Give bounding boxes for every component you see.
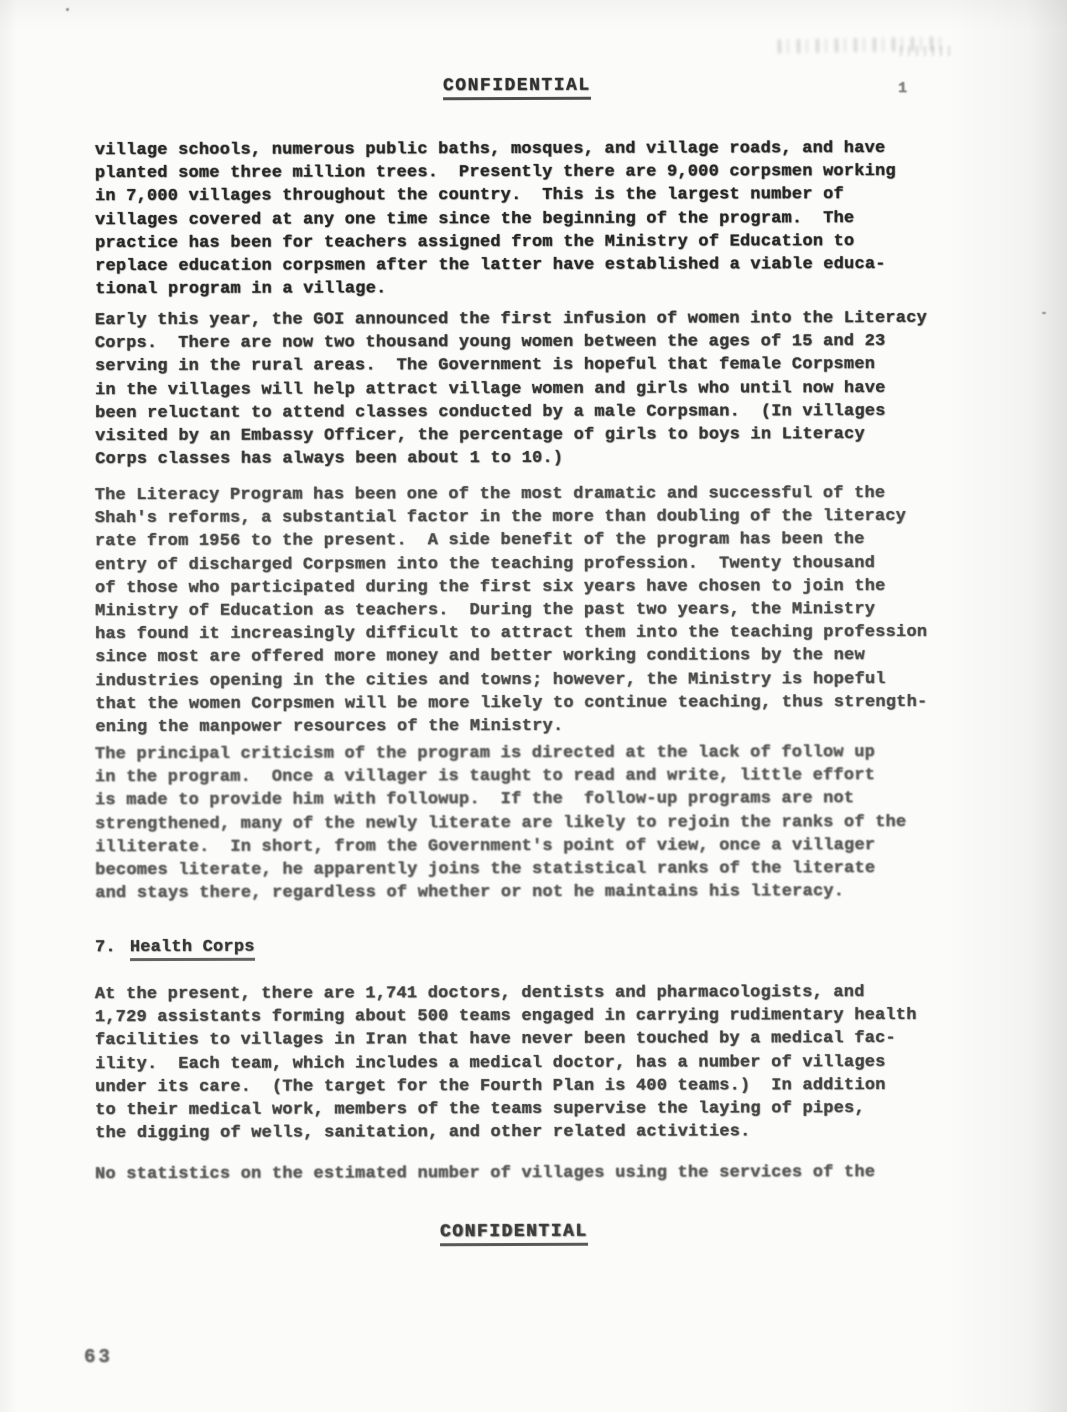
scanned-document-page: CONFIDENTIAL 1 village schools, numerous… — [0, 0, 1067, 1412]
paragraph-village-schools: village schools, numerous public baths, … — [95, 137, 955, 302]
section-number: 7. — [95, 938, 116, 957]
paragraph-program-criticism: The principal criticism of the program i… — [95, 741, 955, 906]
paragraph-women-literacy-corps: Early this year, the GOI announced the f… — [95, 307, 955, 472]
scan-speck — [1042, 312, 1046, 314]
paragraph-health-corps-teams: At the present, there are 1,741 doctors,… — [95, 981, 955, 1146]
header-side-mark: 1 — [898, 80, 907, 97]
paragraph-literacy-program-success: The Literacy Program has been one of the… — [95, 482, 956, 739]
scan-speck — [66, 8, 69, 11]
section-heading-health-corps: 7.Health Corps — [95, 938, 255, 957]
section-title: Health Corps — [130, 938, 255, 961]
header-classification: CONFIDENTIAL — [443, 76, 591, 101]
page-number: 63 — [84, 1346, 113, 1368]
corner-smudge-secondary — [900, 46, 956, 56]
paragraph-no-statistics: No statistics on the estimated number of… — [95, 1161, 955, 1186]
footer-classification: CONFIDENTIAL — [440, 1222, 588, 1247]
